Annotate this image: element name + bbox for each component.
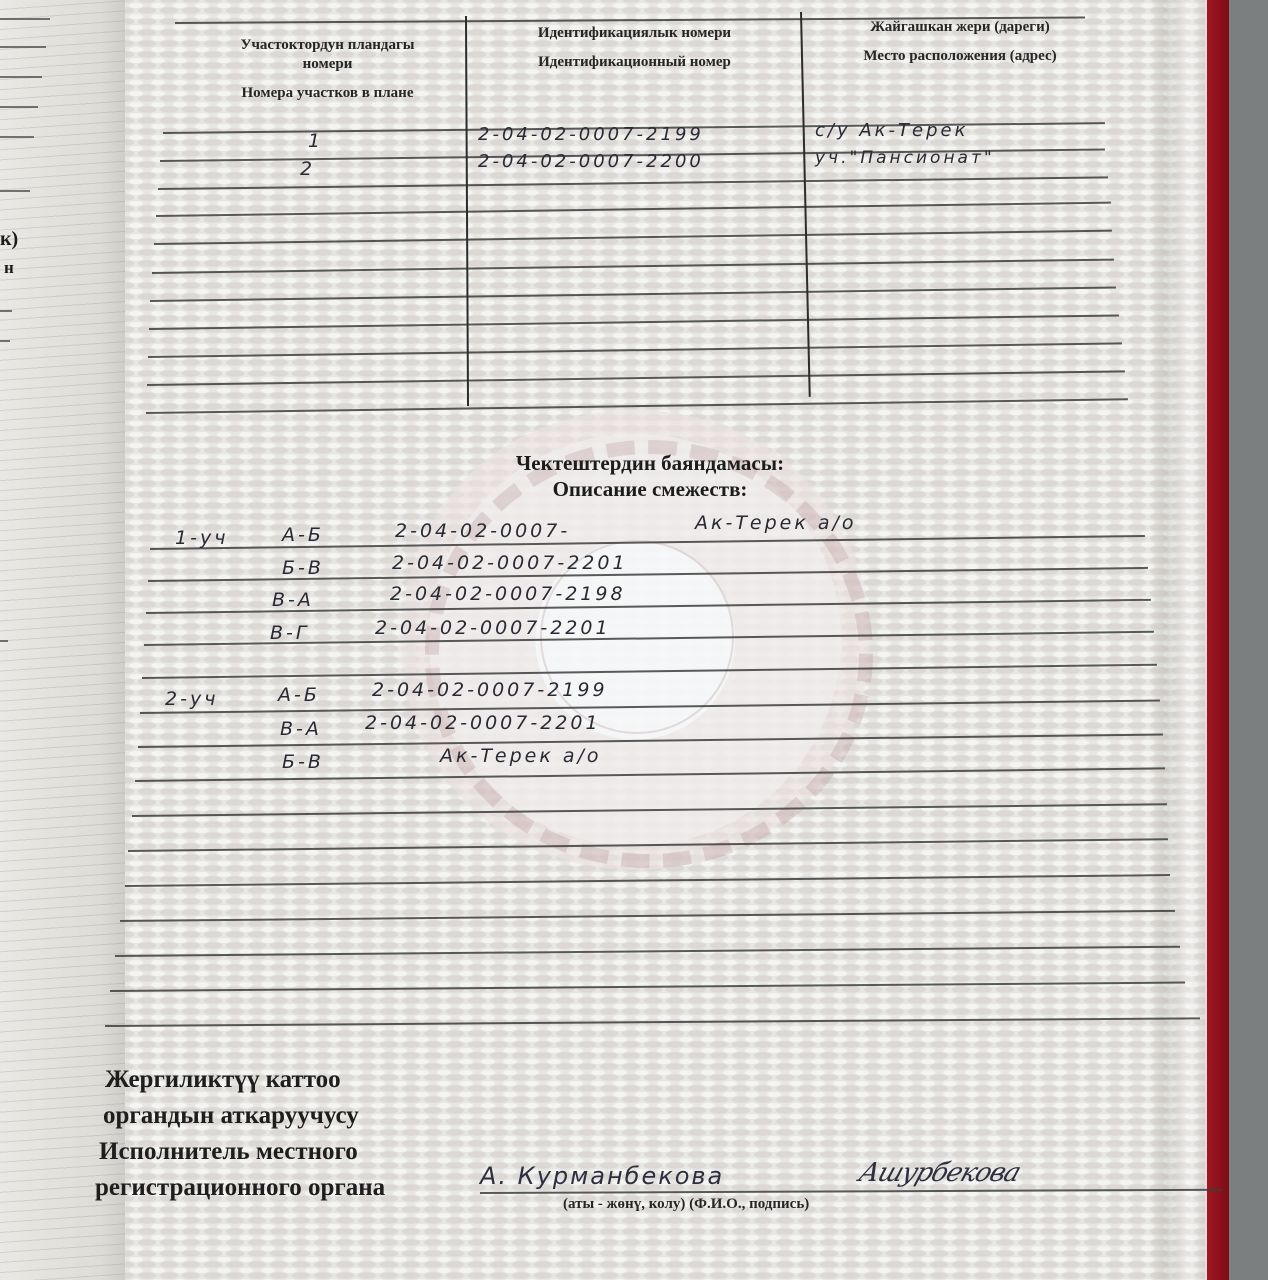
entry-neighbor: 2-04-02-0007-2201 (375, 617, 611, 639)
column-header-location: Жайгашкан жери (дареги) Место расположен… (835, 18, 1085, 66)
registrar-label: Жергиликтүү каттоо органдын аткаруучусу … (95, 1062, 385, 1206)
cell-location: уч."Пансионат" (815, 148, 995, 168)
header-text-ky: Участоктордун пландагы номери (215, 36, 440, 74)
ruled-line (0, 190, 30, 192)
registrar-signature: Ашурбекова (855, 1158, 1024, 1188)
cell-plot-number: 1 (308, 130, 323, 152)
ruled-line (0, 136, 34, 138)
entry-segment: А-Б (278, 684, 320, 706)
entry-segment: Б-В (282, 557, 324, 579)
red-book-cover (1205, 0, 1229, 1280)
entry-neighbor: 2-04-02-0007-2198 (390, 583, 626, 605)
column-header-identification-number: Идентификациялык номери Идентификационны… (522, 24, 747, 72)
header-text-ru: Идентификационный номер (522, 53, 747, 72)
entry-neighbor: 2-04-02-0007-2201 (365, 712, 601, 734)
cell-plot-number: 2 (300, 158, 315, 180)
header-text-ru: Номера участков в плане (215, 84, 440, 103)
ruled-line (0, 106, 38, 108)
entry-note: Ак-Терек а/о (695, 512, 857, 534)
entry-neighbor: 2-04-02-0007-2201 (392, 552, 628, 574)
entry-plot: 2-уч (165, 688, 218, 710)
registrar-name: А. Курманбекова (480, 1162, 724, 1190)
entry-segment: В-А (272, 589, 314, 611)
entry-segment: В-Г (270, 622, 309, 644)
column-header-plot-number: Участоктордун пландагы номери Номера уча… (215, 36, 440, 103)
adjacency-title-ru: Описание смежеств: (440, 476, 860, 502)
header-text-ky: Жайгашкан жери (дареги) (835, 18, 1085, 37)
ruled-line (0, 76, 42, 78)
cell-location: с/у Ак-Терек (815, 120, 968, 141)
ruled-line (0, 18, 50, 20)
entry-segment: А-Б (282, 524, 324, 546)
registrar-label-line: Исполнитель местного (95, 1134, 385, 1170)
ruled-line (0, 340, 10, 342)
ruled-line (0, 46, 46, 48)
signature-caption: (аты - жөнү, колу) (Ф.И.О., подпись) (563, 1196, 809, 1213)
entry-plot: 1-уч (175, 527, 228, 549)
cell-identification-number: 2-04-02-0007-2200 (478, 151, 704, 172)
ruled-line (0, 640, 8, 642)
entry-note: Ак-Терек а/о (440, 745, 602, 767)
registrar-label-line: Жергиликтүү каттоо (95, 1062, 385, 1098)
registrar-label-line: регистрационного органа (95, 1170, 385, 1206)
entry-segment: Б-В (282, 751, 324, 773)
header-text-ru: Место расположения (адрес) (835, 47, 1085, 66)
header-text-ky: Идентификациялык номери (522, 24, 747, 43)
entry-neighbor: 2-04-02-0007- (395, 520, 570, 542)
adjacency-title-ky: Чектештердин баяндамасы: (440, 450, 860, 476)
ruled-line (0, 310, 12, 312)
left-page-text-fragment: н (4, 258, 14, 278)
page-gutter (1150, 0, 1210, 1280)
entry-segment: В-А (280, 718, 322, 740)
left-page-text-fragment: к) (0, 228, 18, 251)
cell-identification-number: 2-04-02-0007-2199 (478, 124, 704, 145)
entry-neighbor: 2-04-02-0007-2199 (372, 679, 608, 701)
registrar-label-line: органдын аткаруучусу (95, 1098, 385, 1134)
